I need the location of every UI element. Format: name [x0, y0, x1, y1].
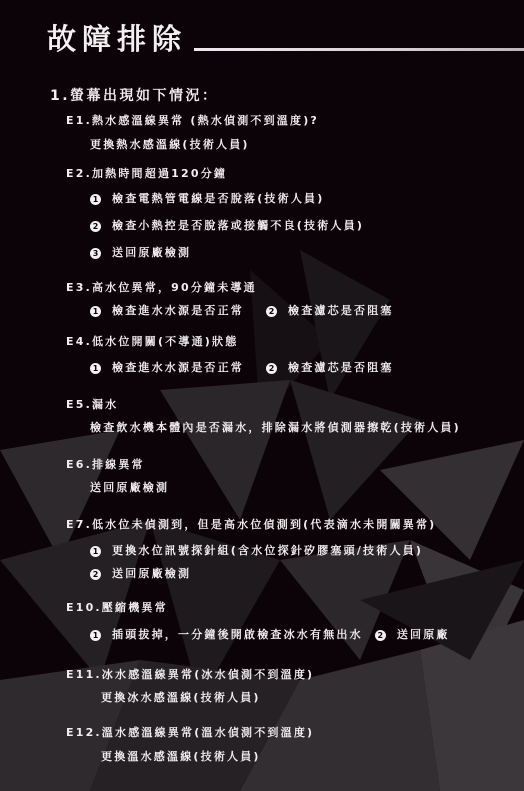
error-e3-heading: E3.高水位異常，90分鐘未導通 [66, 281, 257, 295]
error-e3-steps: 1 檢查進水水源是否正常 2 檢查濾芯是否阻塞 [90, 304, 394, 318]
error-e5-solution: 檢查飲水機本體內是否漏水，排除漏水將偵測器擦乾(技術人員) [90, 421, 461, 435]
error-e10-heading: E10.壓縮機異常 [66, 601, 168, 615]
number-badge-icon: 1 [90, 630, 101, 641]
error-e7-heading: E7.低水位未偵測到，但是高水位偵測到(代表滴水未開關異常) [66, 518, 436, 532]
number-badge-icon: 2 [90, 569, 101, 580]
error-e2-step-3: 3 送回原廠檢測 [90, 246, 191, 260]
error-e7-step-2: 2 送回原廠檢測 [90, 567, 191, 581]
title-underline [194, 48, 524, 51]
error-e12-heading: E12.溫水感溫線異常(溫水偵測不到溫度) [66, 726, 314, 740]
step-text: 檢查進水水源是否正常 [112, 304, 244, 318]
number-badge-icon: 2 [266, 363, 277, 374]
step-text: 插頭拔掉，一分鐘後開啟檢查冰水有無出水 [112, 628, 363, 642]
step-text: 更換水位訊號探針組(含水位探針矽膠塞頭/技術人員) [112, 544, 423, 558]
error-e4-heading: E4.低水位開關(不導通)狀態 [66, 335, 238, 349]
number-badge-icon: 2 [375, 630, 386, 641]
step-text: 送回原廠檢測 [112, 567, 191, 581]
step-text: 檢查小熱控是否脫落或接觸不良(技術人員) [112, 219, 364, 233]
troubleshooting-page: 故障排除 1.螢幕出現如下情況： E1.熱水感溫線異常 (熱水偵測不到溫度)? … [0, 0, 524, 791]
step-text: 送回原廠 [397, 628, 450, 642]
error-e7-step-1: 1 更換水位訊號探針組(含水位探針矽膠塞頭/技術人員) [90, 544, 423, 558]
error-e5-heading: E5.漏水 [66, 398, 118, 412]
error-e4-steps: 1 檢查進水水源是否正常 2 檢查濾芯是否阻塞 [90, 361, 394, 375]
section-heading: 1.螢幕出現如下情況： [50, 85, 219, 105]
error-e2-step-2: 2 檢查小熱控是否脫落或接觸不良(技術人員) [90, 219, 364, 233]
error-e12-solution: 更換溫水感溫線(技術人員) [101, 750, 261, 764]
error-e6-solution: 送回原廠檢測 [90, 481, 169, 495]
error-e10-steps: 1 插頭拔掉，一分鐘後開啟檢查冰水有無出水 2 送回原廠 [90, 628, 450, 642]
page-title: 故障排除 [47, 22, 187, 56]
error-e2-step-1: 1 檢查電熱管電線是否脫落(技術人員) [90, 192, 324, 206]
step-text: 檢查濾芯是否阻塞 [288, 361, 394, 375]
error-e6-heading: E6.排線異常 [66, 458, 145, 472]
number-badge-icon: 1 [90, 194, 101, 205]
step-text: 檢查電熱管電線是否脫落(技術人員) [112, 192, 324, 206]
number-badge-icon: 1 [90, 546, 101, 557]
step-text: 送回原廠檢測 [112, 246, 191, 260]
number-badge-icon: 1 [90, 363, 101, 374]
step-text: 檢查進水水源是否正常 [112, 361, 244, 375]
error-e11-heading: E11.冰水感溫線異常(冰水偵測不到溫度) [66, 668, 314, 682]
error-e2-heading: E2.加熱時間超過120分鐘 [66, 167, 227, 181]
error-e11-solution: 更換冰水感溫線(技術人員) [101, 691, 261, 705]
error-e1-heading: E1.熱水感溫線異常 (熱水偵測不到溫度)? [66, 114, 319, 128]
step-text: 檢查濾芯是否阻塞 [288, 304, 394, 318]
number-badge-icon: 3 [90, 248, 101, 259]
number-badge-icon: 2 [90, 221, 101, 232]
number-badge-icon: 1 [90, 306, 101, 317]
error-e1-solution: 更換熱水感溫線(技術人員) [90, 138, 250, 152]
number-badge-icon: 2 [266, 306, 277, 317]
